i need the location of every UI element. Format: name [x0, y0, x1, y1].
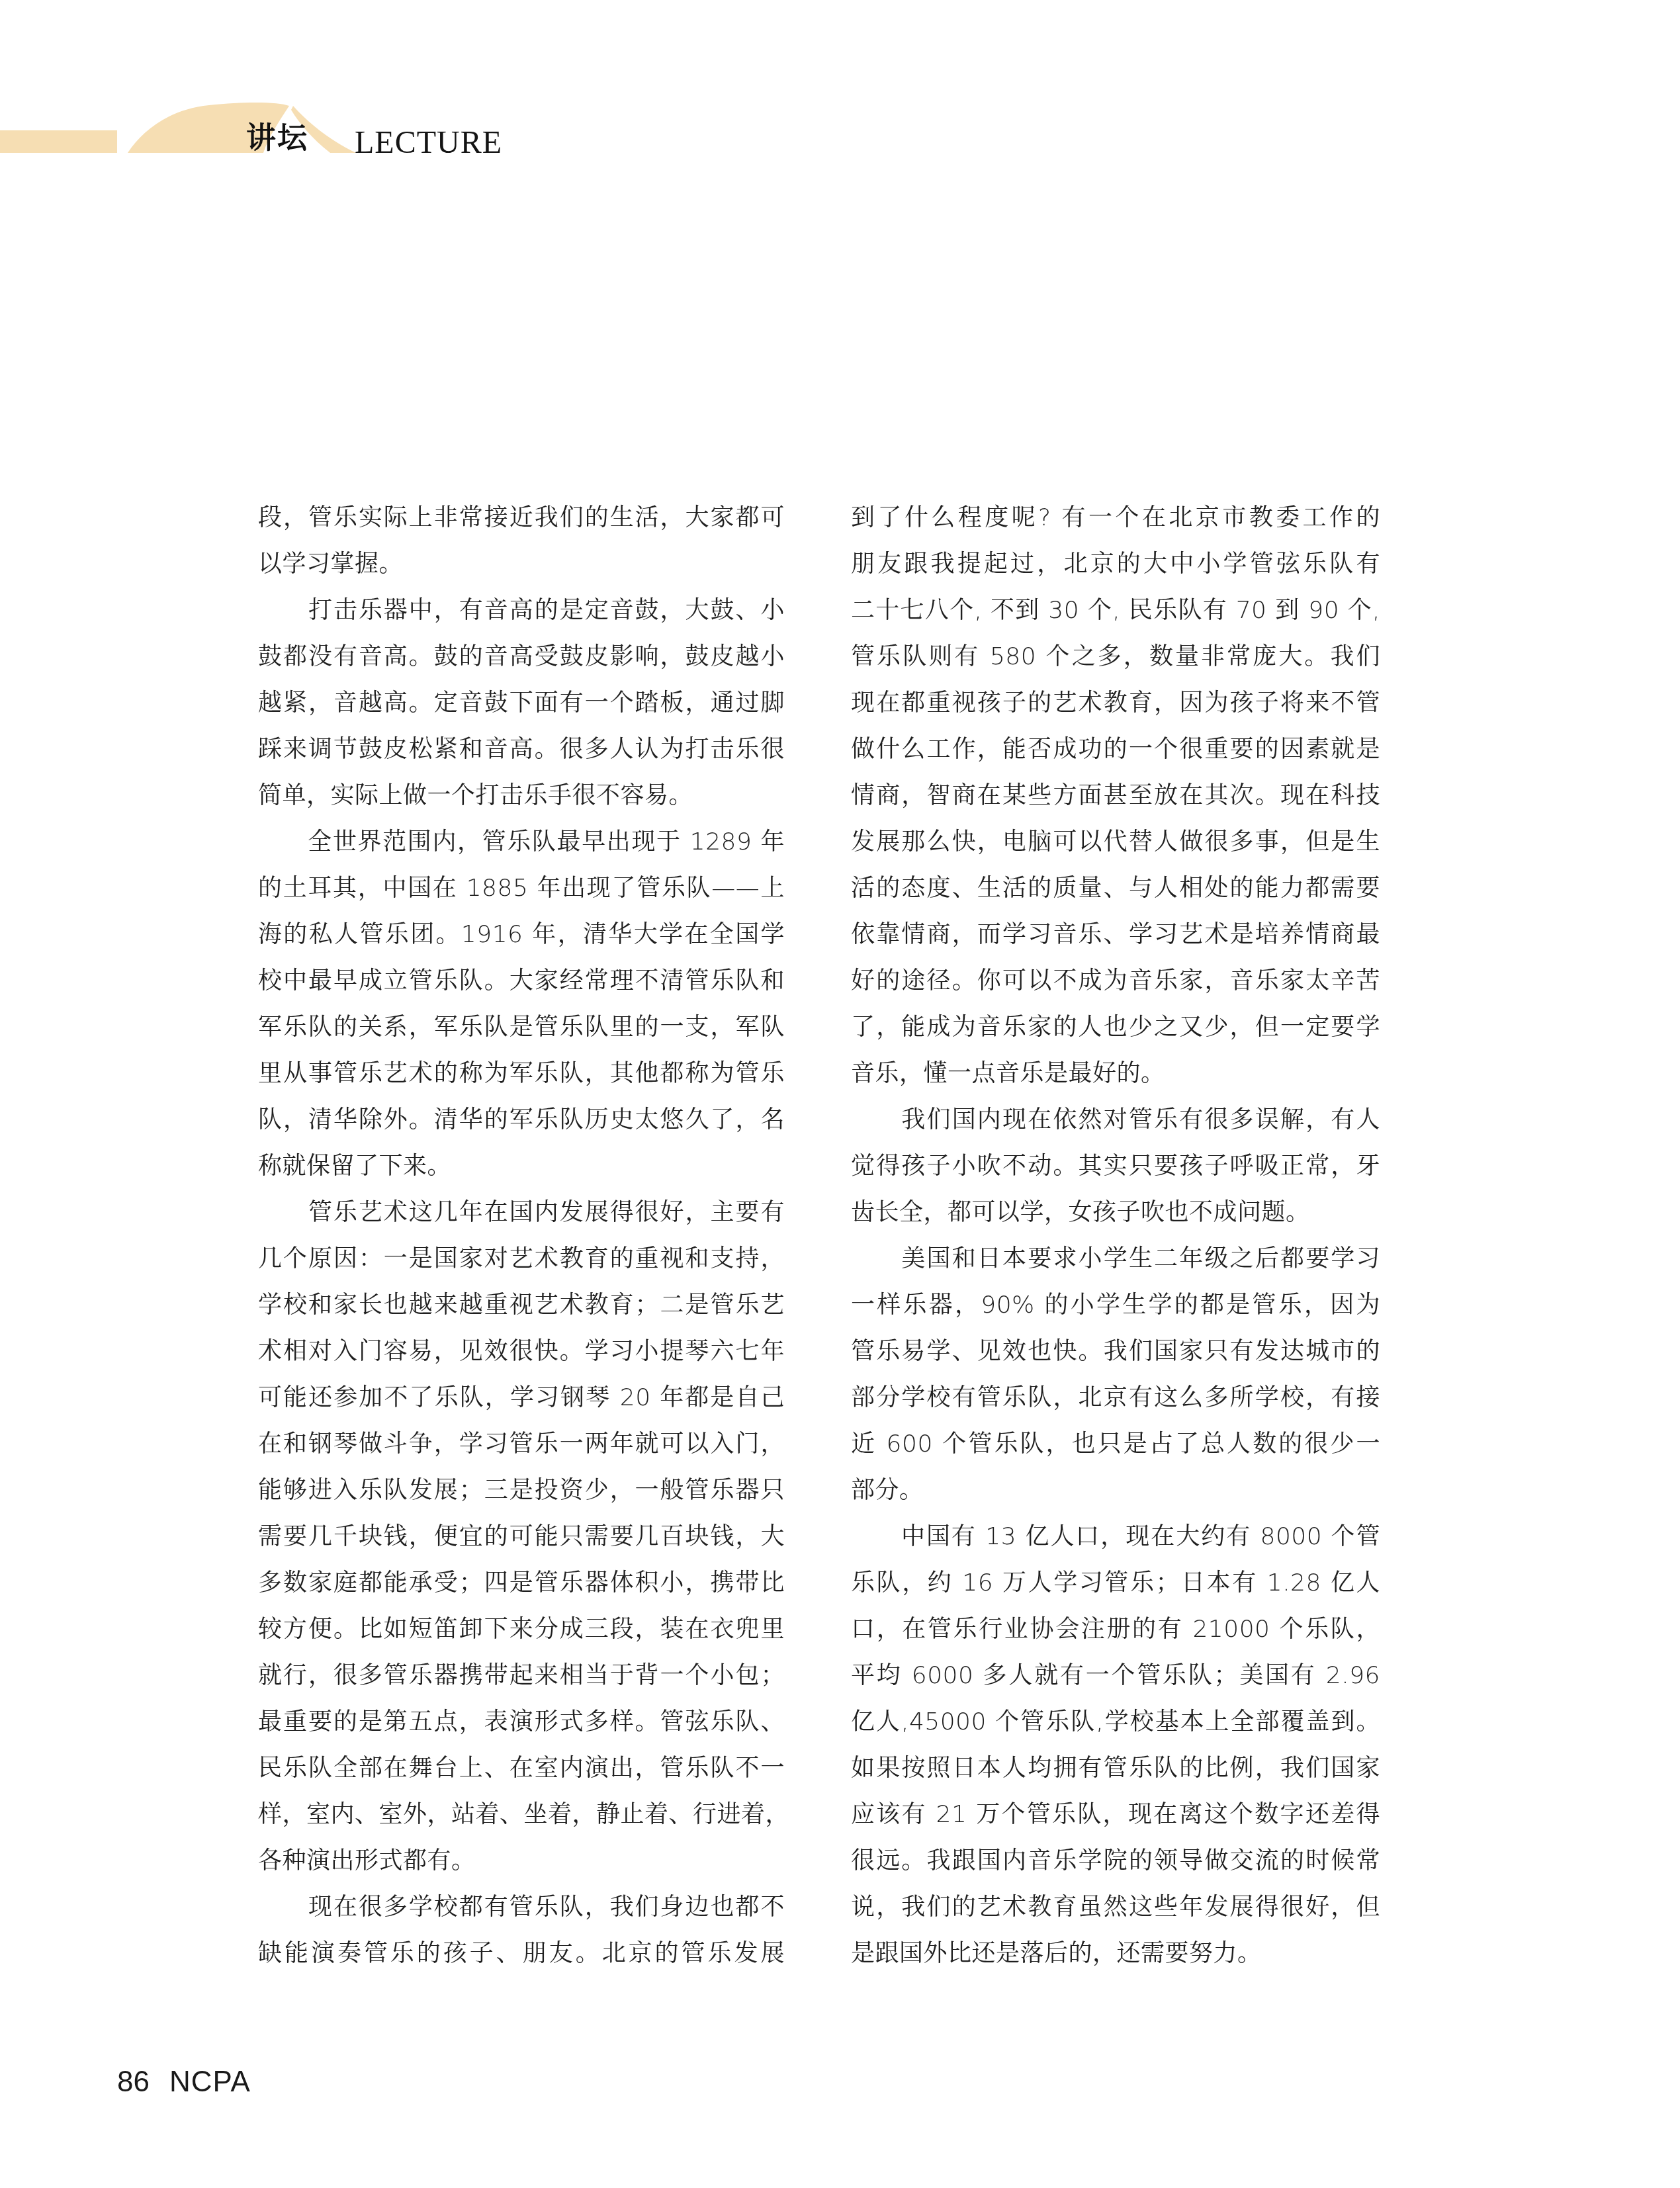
text-line: 是跟国外比还是落后的，还需要努力。: [851, 1931, 1380, 1977]
text-line: 缺能演奏管乐的孩子、朋友。北京的管乐发展: [258, 1931, 785, 1977]
text-line: 二十七八个, 不到 30 个, 民乐队有 70 到 90 个,: [851, 588, 1380, 634]
text-line: 鼓都没有音高。鼓的音高受鼓皮影响，鼓皮越小: [258, 634, 785, 680]
text-line: 现在很多学校都有管乐队，我们身边也都不: [258, 1884, 785, 1931]
text-line: 最重要的是第五点，表演形式多样。管弦乐队、: [258, 1699, 785, 1745]
header-bar-shape: [0, 130, 117, 153]
text-line: 好的途径。你可以不成为音乐家，音乐家太辛苦: [851, 958, 1380, 1004]
journal-abbreviation: NCPA: [169, 2066, 251, 2098]
text-line: 口，在管乐行业协会注册的有 21000 个乐队，: [851, 1606, 1380, 1653]
text-line: 了，能成为音乐家的人也少之又少，但一定要学: [851, 1004, 1380, 1051]
text-line: 以学习掌握。: [258, 541, 785, 588]
text-column-right: 到了什么程度呢? 有一个在北京市教委工作的朋友跟我提起过，北京的大中小学管弦乐队…: [851, 495, 1380, 1977]
text-line: 里从事管乐艺术的称为军乐队，其他都称为管乐: [258, 1051, 785, 1097]
text-line: 觉得孩子小吹不动。其实只要孩子呼吸正常，牙: [851, 1143, 1380, 1190]
text-line: 乐队，约 16 万人学习管乐；日本有 1.28 亿人: [851, 1560, 1380, 1606]
text-line: 活的态度、生活的质量、与人相处的能力都需要: [851, 865, 1380, 912]
text-line: 各种演出形式都有。: [258, 1838, 785, 1884]
text-line: 在和钢琴做斗争，学习管乐一两年就可以入门，: [258, 1421, 785, 1467]
text-line: 做什么工作，能否成功的一个很重要的因素就是: [851, 726, 1380, 773]
text-line: 音乐，懂一点音乐是最好的。: [851, 1051, 1380, 1097]
text-line: 平均 6000 多人就有一个管乐队；美国有 2.96: [851, 1653, 1380, 1699]
text-line: 队，清华除外。清华的军乐队历史太悠久了，名: [258, 1097, 785, 1143]
text-line: 管乐易学、见效也快。我们国家只有发达城市的: [851, 1329, 1380, 1375]
text-line: 美国和日本要求小学生二年级之后都要学习: [851, 1236, 1380, 1282]
text-line: 中国有 13 亿人口，现在大约有 8000 个管: [851, 1514, 1380, 1560]
text-line: 全世界范围内，管乐队最早出现于 1289 年: [258, 819, 785, 865]
text-line: 齿长全，都可以学，女孩子吹也不成问题。: [851, 1190, 1380, 1236]
text-line: 很远。我跟国内音乐学院的领导做交流的时候常: [851, 1838, 1380, 1884]
text-line: 如果按照日本人均拥有管乐队的比例，我们国家: [851, 1745, 1380, 1792]
section-title-chinese: 讲坛: [246, 123, 308, 153]
text-line: 校中最早成立管乐队。大家经常理不清管乐队和: [258, 958, 785, 1004]
text-line: 军乐队的关系，军乐队是管乐队里的一支，军队: [258, 1004, 785, 1051]
text-line: 部分学校有管乐队，北京有这么多所学校，有接: [851, 1375, 1380, 1421]
text-line: 打击乐器中，有音高的是定音鼓，大鼓、小: [258, 588, 785, 634]
text-line: 一样乐器，90% 的小学生学的都是管乐，因为: [851, 1282, 1380, 1329]
text-line: 管乐艺术这几年在国内发展得很好，主要有: [258, 1190, 785, 1236]
text-line: 应该有 21 万个管乐队，现在离这个数字还差得: [851, 1792, 1380, 1838]
text-line: 民乐队全部在舞台上、在室内演出，管乐队不一: [258, 1745, 785, 1792]
text-line: 踩来调节鼓皮松紧和音高。很多人认为打击乐很: [258, 726, 785, 773]
text-line: 学校和家长也越来越重视艺术教育；二是管乐艺: [258, 1282, 785, 1329]
text-line: 部分。: [851, 1467, 1380, 1514]
text-line: 海的私人管乐团。1916 年，清华大学在全国学: [258, 912, 785, 958]
text-line: 简单，实际上做一个打击乐手很不容易。: [258, 773, 785, 819]
text-line: 能够进入乐队发展；三是投资少，一般管乐器只: [258, 1467, 785, 1514]
text-line: 情商，智商在某些方面甚至放在其次。现在科技: [851, 773, 1380, 819]
text-line: 我们国内现在依然对管乐有很多误解，有人: [851, 1097, 1380, 1143]
text-line: 的土耳其，中国在 1885 年出现了管乐队——上: [258, 865, 785, 912]
text-line: 依靠情商，而学习音乐、学习艺术是培养情商最: [851, 912, 1380, 958]
text-line: 管乐队则有 580 个之多，数量非常庞大。我们: [851, 634, 1380, 680]
text-line: 现在都重视孩子的艺术教育，因为孩子将来不管: [851, 680, 1380, 726]
text-line: 说，我们的艺术教育虽然这些年发展得很好，但: [851, 1884, 1380, 1931]
section-title-english: LECTURE: [355, 123, 502, 163]
text-line: 较方便。比如短笛卸下来分成三段，装在衣兜里: [258, 1606, 785, 1653]
text-line: 几个原因：一是国家对艺术教育的重视和支持，: [258, 1236, 785, 1282]
text-line: 亿人,45000 个管乐队,学校基本上全部覆盖到。: [851, 1699, 1380, 1745]
text-line: 就行，很多管乐器携带起来相当于背一个小包；: [258, 1653, 785, 1699]
text-line: 发展那么快，电脑可以代替人做很多事，但是生: [851, 819, 1380, 865]
page-number: 86: [117, 2066, 150, 2098]
text-line: 术相对入门容易，见效很快。学习小提琴六七年: [258, 1329, 785, 1375]
text-line: 越紧，音越高。定音鼓下面有一个踏板，通过脚: [258, 680, 785, 726]
text-line: 朋友跟我提起过，北京的大中小学管弦乐队有: [851, 541, 1380, 588]
text-line: 样，室内、室外，站着、坐着，静止着、行进着，: [258, 1792, 785, 1838]
text-line: 近 600 个管乐队，也只是占了总人数的很少一: [851, 1421, 1380, 1467]
page-footer: 86NCPA: [117, 2066, 251, 2099]
text-line: 需要几千块钱，便宜的可能只需要几百块钱，大: [258, 1514, 785, 1560]
text-line: 多数家庭都能承受；四是管乐器体积小，携带比: [258, 1560, 785, 1606]
text-line: 到了什么程度呢? 有一个在北京市教委工作的: [851, 495, 1380, 541]
text-column-left: 段，管乐实际上非常接近我们的生活，大家都可以学习掌握。 打击乐器中，有音高的是定…: [258, 495, 785, 1977]
text-line: 可能还参加不了乐队，学习钢琴 20 年都是自己: [258, 1375, 785, 1421]
text-line: 段，管乐实际上非常接近我们的生活，大家都可: [258, 495, 785, 541]
text-line: 称就保留了下来。: [258, 1143, 785, 1190]
